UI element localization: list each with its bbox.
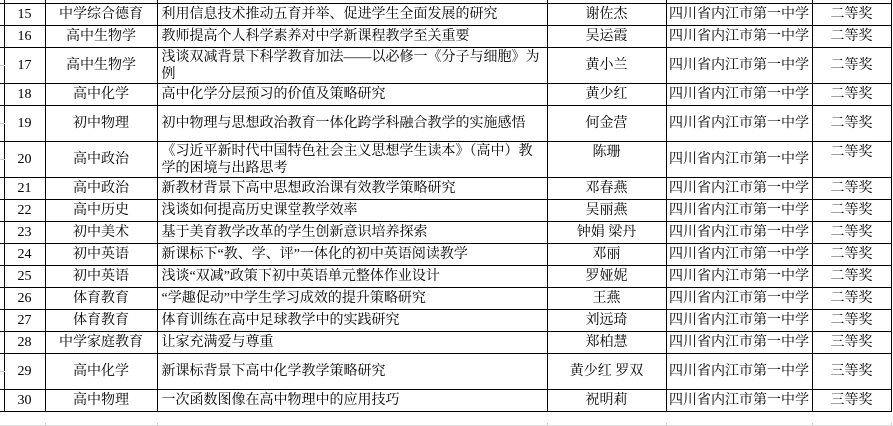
subject-cell: 中学家庭教育 — [45, 332, 157, 354]
title-cell: 基于美育教学改革的学生创新意识培养探索 — [157, 222, 547, 244]
left-gridline-sliver — [0, 160, 4, 178]
award-cell: 二等奖 — [812, 288, 891, 310]
title-cell: “学趣促动”中学生学习成效的提升策略研究 — [157, 288, 547, 310]
subject-cell: 初中英语 — [45, 266, 157, 288]
awards-table: 15中学综合德育利用信息技术推动五育并举、促进学生全面发展的研究谢佐杰四川省内江… — [0, 3, 892, 412]
row-number-cell: 25 — [4, 266, 45, 288]
table-row: 23初中美术基于美育教学改革的学生创新意识培养探索钟娟 梁丹四川省内江市第一中学… — [0, 222, 891, 244]
award-cell: 二等奖 — [812, 266, 891, 288]
title-cell: 初中物理与思想政治教育一体化跨学科融合教学的实施感悟 — [157, 106, 547, 142]
table-row: 19初中物理初中物理与思想政治教育一体化跨学科融合教学的实施感悟何金营四川省内江… — [0, 106, 891, 124]
subject-cell: 高中化学 — [45, 84, 157, 106]
row-number-cell: 26 — [4, 288, 45, 310]
award-cell: 三等奖 — [812, 332, 891, 354]
table-row: 20高中政治《习近平新时代中国特色社会主义思想学生读本》（高中）教学的困境与出路… — [0, 142, 891, 160]
table-row: 30高中物理一次函数图像在高中物理中的应用技巧祝明莉四川省内江市第一中学三等奖 — [0, 390, 891, 412]
award-cell: 二等奖 — [812, 142, 891, 178]
row-number-cell: 27 — [4, 310, 45, 332]
subject-cell: 高中政治 — [45, 142, 157, 178]
title-cell: 《习近平新时代中国特色社会主义思想学生读本》（高中）教学的困境与出路思考 — [157, 142, 547, 178]
subject-cell: 高中物理 — [45, 390, 157, 412]
school-cell: 四川省内江市第一中学 — [666, 266, 812, 288]
title-cell: 浅谈“双减”政策下初中英语单元整体作业设计 — [157, 266, 547, 288]
row-number-cell: 18 — [4, 84, 45, 106]
school-cell: 四川省内江市第一中学 — [666, 84, 812, 106]
school-cell: 四川省内江市第一中学 — [666, 222, 812, 244]
school-cell: 四川省内江市第一中学 — [666, 310, 812, 332]
author-cell: 邓春燕 — [547, 178, 666, 200]
table-row: 16高中生物学教师提高个人科学素养对中学新课程教学至关重要吴运霞四川省内江市第一… — [0, 26, 891, 48]
subject-cell: 体育教育 — [45, 288, 157, 310]
subject-cell: 体育教育 — [45, 310, 157, 332]
author-cell: 刘远琦 — [547, 310, 666, 332]
award-cell: 二等奖 — [812, 4, 891, 26]
school-cell: 四川省内江市第一中学 — [666, 26, 812, 48]
title-cell: 利用信息技术推动五育并举、促进学生全面发展的研究 — [157, 4, 547, 26]
author-cell: 王燕 — [547, 288, 666, 310]
title-cell: 教师提高个人科学素养对中学新课程教学至关重要 — [157, 26, 547, 48]
table-row: 21高中政治新教材背景下高中思想政治课有效教学策略研究邓春燕四川省内江市第一中学… — [0, 178, 891, 200]
left-gridline-sliver — [0, 124, 4, 142]
title-cell: 新教材背景下高中思想政治课有效教学策略研究 — [157, 178, 547, 200]
school-cell: 四川省内江市第一中学 — [666, 200, 812, 222]
awards-table-body: 15中学综合德育利用信息技术推动五育并举、促进学生全面发展的研究谢佐杰四川省内江… — [0, 4, 891, 412]
award-cell: 二等奖 — [812, 244, 891, 266]
author-cell: 钟娟 梁丹 — [547, 222, 666, 244]
author-cell: 黄小兰 — [547, 48, 666, 84]
left-gridline-sliver — [0, 372, 4, 390]
row-number-cell: 17 — [4, 48, 45, 84]
school-cell: 四川省内江市第一中学 — [666, 142, 812, 178]
row-number-cell: 16 — [4, 26, 45, 48]
subject-cell: 初中英语 — [45, 244, 157, 266]
table-row: 24初中英语新课标下“教、学、评”一体化的初中英语阅读教学邓丽四川省内江市第一中… — [0, 244, 891, 266]
subject-cell: 高中历史 — [45, 200, 157, 222]
subject-cell: 高中生物学 — [45, 26, 157, 48]
school-cell: 四川省内江市第一中学 — [666, 244, 812, 266]
award-cell: 二等奖 — [812, 26, 891, 48]
table-row: 22高中历史浅谈如何提高历史课堂教学效率吴丽燕四川省内江市第一中学二等奖 — [0, 200, 891, 222]
subject-cell: 中学综合德育 — [45, 4, 157, 26]
author-cell: 何金营 — [547, 106, 666, 142]
award-cell: 二等奖 — [812, 200, 891, 222]
award-cell: 二等奖 — [812, 178, 891, 200]
table-row: 27体育教育体育训练在高中足球教学中的实践研究刘远琦四川省内江市第一中学二等奖 — [0, 310, 891, 332]
title-cell: 一次函数图像在高中物理中的应用技巧 — [157, 390, 547, 412]
award-cell: 二等奖 — [812, 48, 891, 84]
author-cell: 黄少红 — [547, 84, 666, 106]
table-row: 25初中英语浅谈“双减”政策下初中英语单元整体作业设计罗娅妮四川省内江市第一中学… — [0, 266, 891, 288]
author-cell: 陈珊 — [547, 142, 666, 178]
table-row: 17高中生物学浅谈双减背景下科学教育加法——以必修一《分子与细胞》为例黄小兰四川… — [0, 48, 891, 66]
author-cell: 罗娅妮 — [547, 266, 666, 288]
school-cell: 四川省内江市第一中学 — [666, 354, 812, 390]
subject-cell: 高中政治 — [45, 178, 157, 200]
table-row: 15中学综合德育利用信息技术推动五育并举、促进学生全面发展的研究谢佐杰四川省内江… — [0, 4, 891, 26]
title-cell: 浅谈双减背景下科学教育加法——以必修一《分子与细胞》为例 — [157, 48, 547, 84]
author-cell: 黄少红 罗双 — [547, 354, 666, 390]
author-cell: 吴丽燕 — [547, 200, 666, 222]
row-number-cell: 24 — [4, 244, 45, 266]
author-cell: 祝明莉 — [547, 390, 666, 412]
row-number-cell: 19 — [4, 106, 45, 142]
title-cell: 浅谈如何提高历史课堂教学效率 — [157, 200, 547, 222]
award-cell: 三等奖 — [812, 390, 891, 412]
award-cell: 二等奖 — [812, 222, 891, 244]
award-cell: 二等奖 — [812, 106, 891, 142]
award-cell: 二等奖 — [812, 310, 891, 332]
row-number-cell: 20 — [4, 142, 45, 178]
table-row: 29高中化学新课标背景下高中化学教学策略研究黄少红 罗双四川省内江市第一中学三等… — [0, 354, 891, 372]
school-cell: 四川省内江市第一中学 — [666, 288, 812, 310]
row-number-cell: 22 — [4, 200, 45, 222]
author-cell: 郑柏慧 — [547, 332, 666, 354]
row-number-cell: 15 — [4, 4, 45, 26]
title-cell: 高中化学分层预习的价值及策略研究 — [157, 84, 547, 106]
school-cell: 四川省内江市第一中学 — [666, 390, 812, 412]
title-cell: 体育训练在高中足球教学中的实践研究 — [157, 310, 547, 332]
school-cell: 四川省内江市第一中学 — [666, 106, 812, 142]
subject-cell: 高中生物学 — [45, 48, 157, 84]
row-number-cell: 29 — [4, 354, 45, 390]
row-number-cell: 23 — [4, 222, 45, 244]
award-cell: 二等奖 — [812, 84, 891, 106]
author-cell: 邓丽 — [547, 244, 666, 266]
table-row: 28中学家庭教育让家充满爱与尊重郑柏慧四川省内江市第一中学三等奖 — [0, 332, 891, 354]
school-cell: 四川省内江市第一中学 — [666, 4, 812, 26]
award-cell: 三等奖 — [812, 354, 891, 390]
subject-cell: 高中化学 — [45, 354, 157, 390]
title-cell: 新课标下“教、学、评”一体化的初中英语阅读教学 — [157, 244, 547, 266]
table-row: 26体育教育“学趣促动”中学生学习成效的提升策略研究王燕四川省内江市第一中学二等… — [0, 288, 891, 310]
author-cell: 谢佐杰 — [547, 4, 666, 26]
row-number-cell: 21 — [4, 178, 45, 200]
school-cell: 四川省内江市第一中学 — [666, 48, 812, 84]
row-number-cell: 28 — [4, 332, 45, 354]
school-cell: 四川省内江市第一中学 — [666, 178, 812, 200]
school-cell: 四川省内江市第一中学 — [666, 332, 812, 354]
title-cell: 新课标背景下高中化学教学策略研究 — [157, 354, 547, 390]
title-cell: 让家充满爱与尊重 — [157, 332, 547, 354]
subject-cell: 初中美术 — [45, 222, 157, 244]
subject-cell: 初中物理 — [45, 106, 157, 142]
row-number-cell: 30 — [4, 390, 45, 412]
table-row: 18高中化学高中化学分层预习的价值及策略研究黄少红四川省内江市第一中学二等奖 — [0, 84, 891, 106]
author-cell: 吴运霞 — [547, 26, 666, 48]
left-gridline-sliver — [0, 66, 4, 84]
